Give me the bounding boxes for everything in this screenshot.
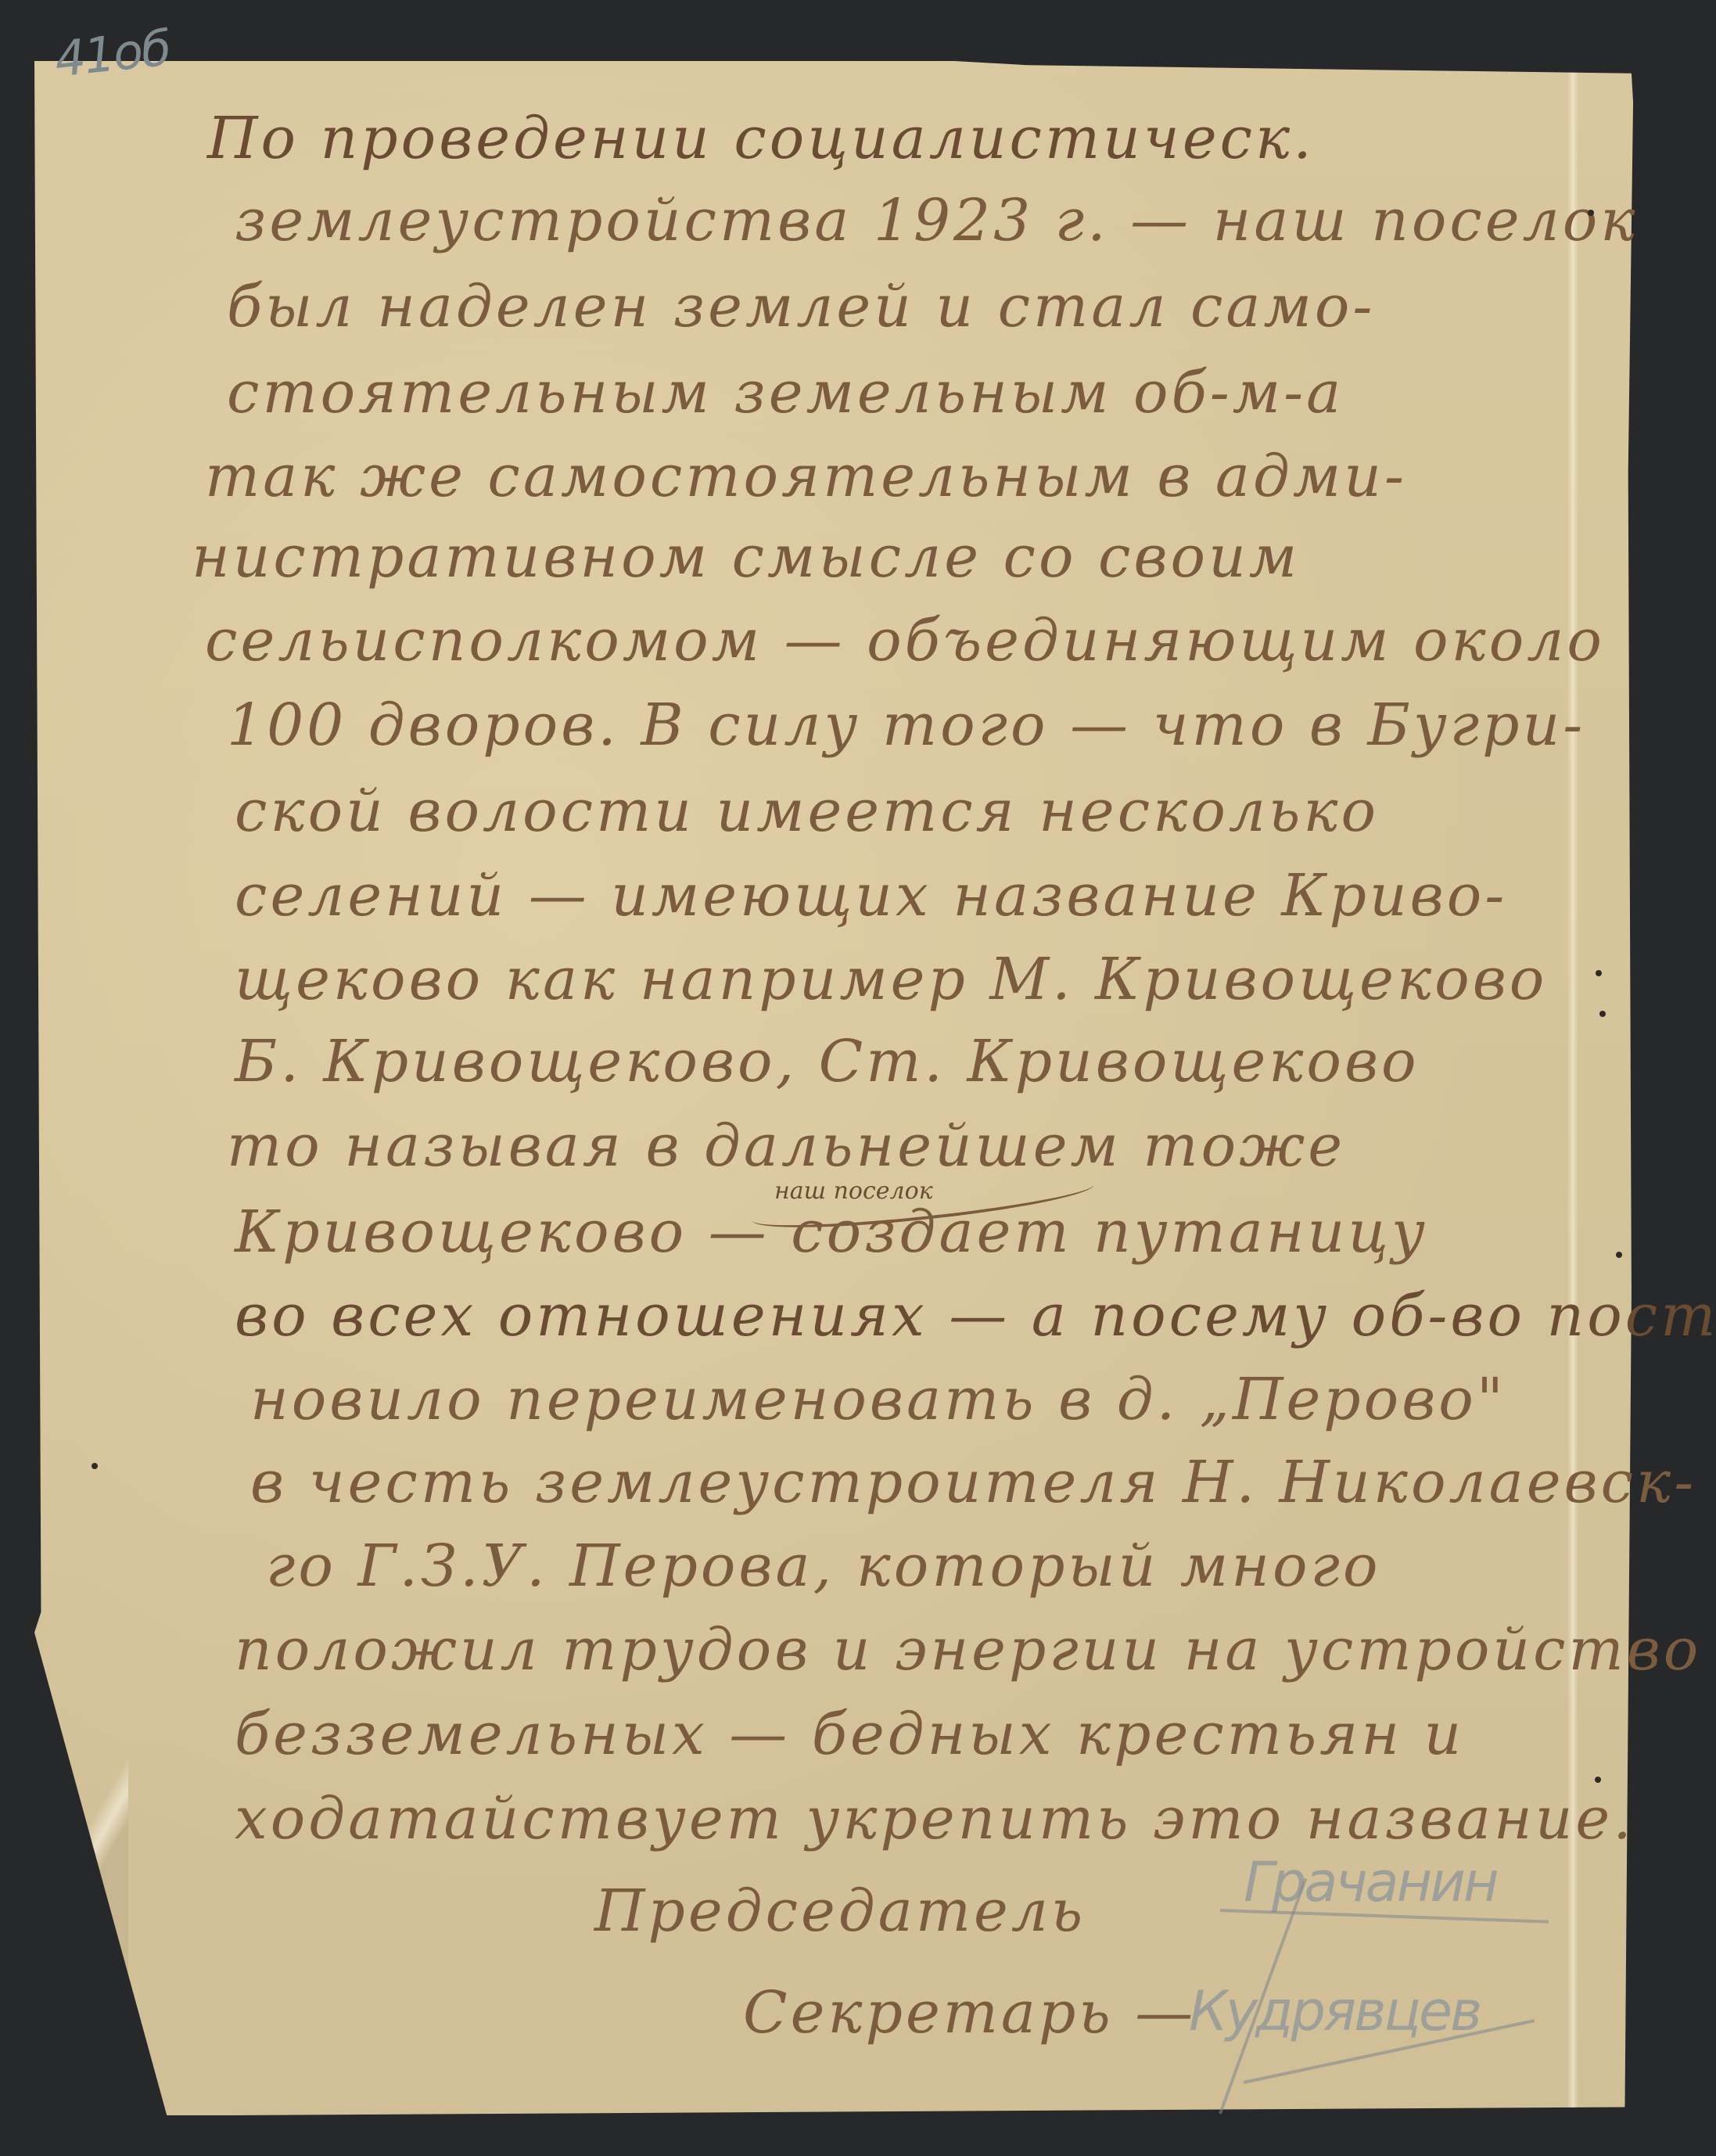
text-line-21: ходатайствует укрепить это название. <box>235 1790 1635 1848</box>
folded-corner <box>34 1626 128 2115</box>
paper-speck <box>1596 970 1602 976</box>
paper-speck <box>1616 1252 1622 1258</box>
text-line-4: стоятельным земельным об-м-а <box>227 364 1344 422</box>
paper-speck <box>92 1463 98 1469</box>
chairman-label: Председатель <box>594 1878 1086 1945</box>
text-line-17: в честь землеустроителя Н. Николаевск- <box>250 1454 1696 1511</box>
text-line-8: 100 дворов. В силу того — что в Бугри- <box>227 696 1585 754</box>
text-line-13: то называя в дальнейшем тоже <box>227 1117 1345 1175</box>
paper-speck <box>1599 1011 1606 1017</box>
text-line-6: нистративном смысле со своим <box>192 528 1300 586</box>
text-line-19: положил трудов и энергии на устройство <box>235 1621 1701 1679</box>
text-line-9: ской волости имеется несколько <box>235 782 1379 840</box>
text-line-16: новило переименовать в д. „Перово" <box>250 1371 1506 1428</box>
secretary-label: Секретарь — <box>743 1979 1196 2046</box>
text-line-14: Кривощеково — создает путаницу <box>235 1203 1428 1261</box>
text-line-2: землеустройства 1923 г. — наш поселок <box>235 192 1638 250</box>
text-line-3: был наделен землей и стал само- <box>227 278 1375 336</box>
paper-speck <box>1588 210 1594 216</box>
text-line-5: так же самостоятельным в адми- <box>205 447 1407 505</box>
text-line-10: селений — имеющих название Криво- <box>235 867 1507 925</box>
text-line-11: щеково как например М. Кривощеково <box>235 950 1547 1008</box>
text-line-12: Б. Кривощеково, Ст. Кривощеково <box>235 1033 1420 1091</box>
text-line-18: го Г.З.У. Перова, который много <box>266 1537 1381 1595</box>
text-line-7: сельисполкомом — объединяющим около <box>205 612 1605 670</box>
secretary-signature: Кудрявцев <box>1189 1979 1480 2043</box>
chairman-signature: Грачанин <box>1244 1850 1497 1914</box>
text-line-1: По проведении социалистическ. <box>207 110 1315 167</box>
text-line-20: безземельных — бедных крестьян и <box>235 1705 1464 1763</box>
paper-speck <box>1595 1777 1601 1783</box>
archive-folio-number: 41об <box>52 20 173 88</box>
text-line-15: во всех отношениях — а посему об-во пост… <box>235 1287 1716 1345</box>
